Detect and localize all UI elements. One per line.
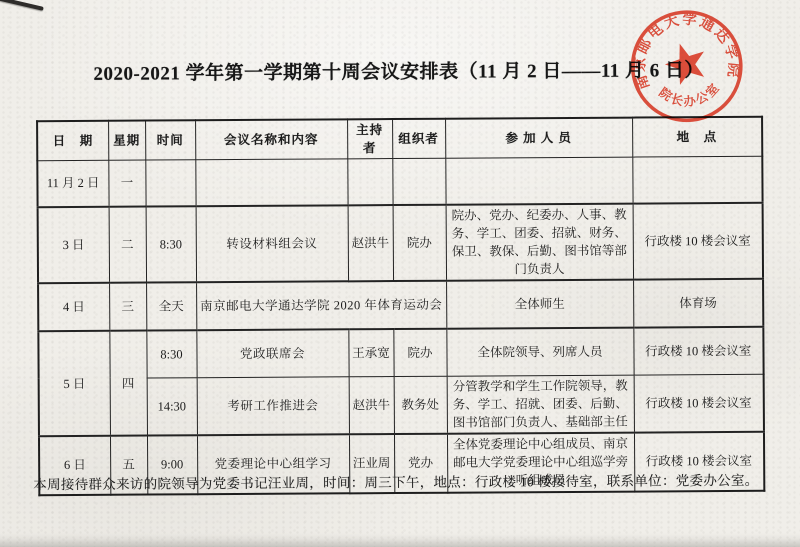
table-row-tue: 3 日 二 8:30 转设材料组会议 赵洪牛 院办 院办、党办、纪委办、人事、教… <box>38 203 763 284</box>
header-weekday: 星期 <box>108 121 145 161</box>
cell-participants: 院办、党办、纪委办、人事、教务、学工、团委、招就、财务、保卫、教保、后勤、图书馆… <box>446 203 633 281</box>
cell-host <box>347 159 392 205</box>
cell-participants: 全体院领导、列席人员 <box>446 328 633 376</box>
cell-meeting: 党政联席会 <box>196 330 348 378</box>
cell-host: 赵洪牛 <box>349 376 394 434</box>
schedule-table: 日 期 星期 时间 会议名称和内容 主持者 组织者 参 加 人 员 地 点 11… <box>36 116 765 496</box>
header-host: 主持者 <box>347 119 392 159</box>
table-row-wed: 4 日 三 全天 南京邮电大学通达学院 2020 年体育运动会 全体师生 体育场 <box>38 279 763 331</box>
cell-weekday: 一 <box>108 160 145 206</box>
cell-location: 行政楼 10 楼会议室 <box>633 327 763 375</box>
cell-meeting <box>195 159 347 206</box>
cell-date: 11 月 2 日 <box>37 161 108 207</box>
header-participants: 参 加 人 员 <box>445 118 632 159</box>
cell-organizer: 教务处 <box>394 376 447 434</box>
cell-time: 全天 <box>146 282 196 330</box>
cell-date: 4 日 <box>38 283 109 331</box>
cell-location: 体育场 <box>633 279 763 328</box>
table-row-mon: 11 月 2 日 一 <box>37 157 762 207</box>
cell-weekday: 四 <box>109 331 147 436</box>
cell-location: 行政楼 10 楼会议室 <box>633 203 763 280</box>
official-seal: 南京邮电大学通达学院 院长办公室 <box>622 1 752 131</box>
cell-meeting: 考研工作推进会 <box>197 377 349 436</box>
cell-time <box>145 160 195 206</box>
seal-bottom-text: 院长办公室 <box>655 78 725 112</box>
cell-host: 王承宽 <box>348 329 393 376</box>
cell-participants: 全体师生 <box>446 280 633 329</box>
seal-star-icon <box>660 37 711 87</box>
cell-time: 14:30 <box>147 377 197 435</box>
cell-meeting: 转设材料组会议 <box>196 205 348 282</box>
cell-host: 赵洪牛 <box>348 205 393 282</box>
cell-location <box>632 157 762 204</box>
scanned-page: 2020-2021 学年第一学期第十周会议安排表（11 月 2 日——11 月 … <box>0 0 800 547</box>
table-row-thu-am: 5 日 四 8:30 党政联席会 王承宽 院办 全体院领导、列席人员 行政楼 1… <box>38 327 763 378</box>
document-content: 2020-2021 学年第一学期第十周会议安排表（11 月 2 日——11 月 … <box>0 0 800 547</box>
table-row-thu-pm: 14:30 考研工作推进会 赵洪牛 教务处 分管教学和学生工作院领导，教务、学工… <box>39 374 764 436</box>
cell-date: 3 日 <box>38 207 109 284</box>
header-organizer: 组织者 <box>392 119 445 159</box>
cell-organizer: 院办 <box>393 204 446 281</box>
cell-organizer <box>392 158 445 204</box>
header-time: 时间 <box>145 120 195 160</box>
seal-ring-text: 南京邮电大学通达学院 <box>624 4 746 93</box>
cell-meeting-merged: 南京邮电大学通达学院 2020 年体育运动会 <box>196 281 446 331</box>
cell-location: 行政楼 10 楼会议室 <box>634 374 764 433</box>
cell-participants <box>445 157 632 204</box>
cell-time: 8:30 <box>146 206 196 283</box>
cell-weekday: 三 <box>109 283 146 331</box>
cell-participants: 分管教学和学生工作院领导，教务、学工、招就、团委、后勤、图书馆部门负责人、基础部… <box>447 375 634 434</box>
cell-organizer: 院办 <box>393 329 446 376</box>
cell-date: 5 日 <box>38 331 110 436</box>
header-date: 日 期 <box>37 121 108 161</box>
cell-time: 8:30 <box>146 330 196 377</box>
header-meeting: 会议名称和内容 <box>195 119 347 160</box>
cell-weekday: 二 <box>109 206 146 283</box>
